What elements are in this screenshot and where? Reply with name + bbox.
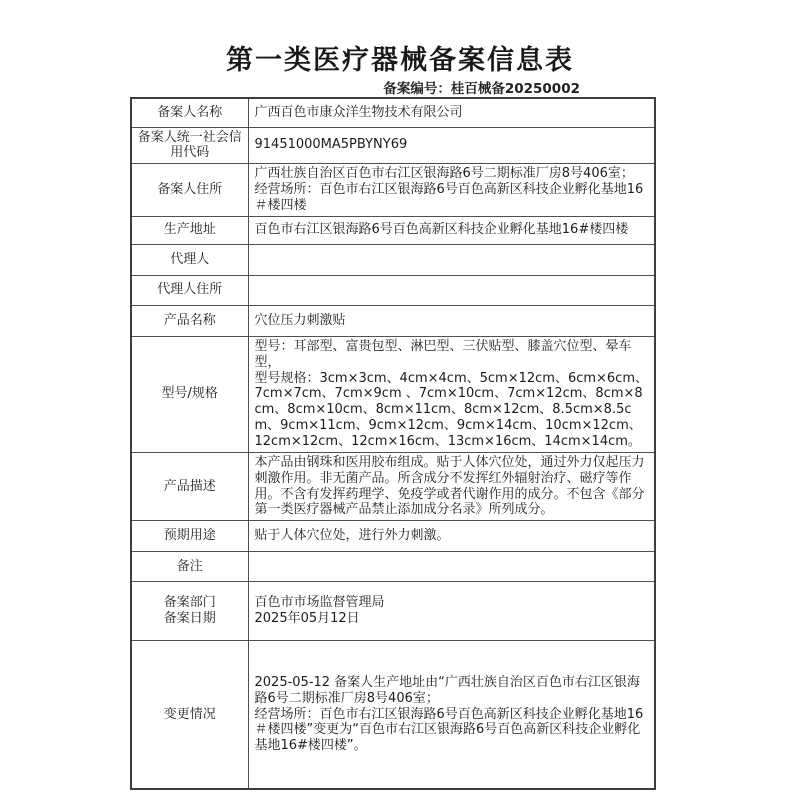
field-label: 预期用途 <box>131 521 248 552</box>
field-label: 备案人统一社会信用代码 <box>131 127 248 164</box>
table-row-applicant-address: 备案人住所 广西壮族自治区百色市右江区银海路6号二期标准厂房8号406室； 经营… <box>131 164 655 217</box>
table-row-intended-use: 预期用途 贴于人体穴位处，进行外力刺激。 <box>131 521 655 552</box>
field-value: 穴位压力刺激贴 <box>248 305 655 336</box>
table-row-remarks: 备注 <box>131 552 655 582</box>
field-value: 广西百色市康众洋生物技术有限公司 <box>248 98 655 127</box>
table-row-agent: 代理人 <box>131 244 655 275</box>
field-label: 变更情况 <box>131 641 248 789</box>
field-label: 代理人住所 <box>131 275 248 305</box>
table-row-production-address: 生产地址 百色市右江区银海路6号百色高新区科技企业孵化基地16#楼四楼 <box>131 216 655 244</box>
field-label: 备案人名称 <box>131 98 248 127</box>
field-label: 备案人住所 <box>131 164 248 217</box>
field-value: 本产品由钢珠和医用胶布组成。贴于人体穴位处，通过外力仅起压力刺激作用。非无菌产品… <box>248 452 655 520</box>
table-row-change-info: 变更情况 2025-05-12 备案人生产地址由“广西壮族自治区百色市右江区银海… <box>131 641 655 789</box>
field-value: 广西壮族自治区百色市右江区银海路6号二期标准厂房8号406室； 经营场所：百色市… <box>248 164 655 217</box>
table-row-agent-address: 代理人住所 <box>131 275 655 305</box>
field-label: 生产地址 <box>131 216 248 244</box>
field-value <box>248 552 655 582</box>
field-value: 百色市市场监督管理局 2025年05月12日 <box>248 582 655 641</box>
table-row-credit-code: 备案人统一社会信用代码 91451000MA5PBYNY69 <box>131 127 655 164</box>
field-value: 贴于人体穴位处，进行外力刺激。 <box>248 521 655 552</box>
field-label: 产品名称 <box>131 305 248 336</box>
table-row-product-name: 产品名称 穴位压力刺激贴 <box>131 305 655 336</box>
field-value <box>248 275 655 305</box>
table-row-applicant-name: 备案人名称 广西百色市康众洋生物技术有限公司 <box>131 98 655 127</box>
field-value: 2025-05-12 备案人生产地址由“广西壮族自治区百色市右江区银海路6号二期… <box>248 641 655 789</box>
field-value: 91451000MA5PBYNY69 <box>248 127 655 164</box>
field-label: 备注 <box>131 552 248 582</box>
table-row-model-spec: 型号/规格 型号：耳部型、富贵包型、淋巴型、三伏贴型、膝盖穴位型、晕车型， 型号… <box>131 336 655 452</box>
field-value: 百色市右江区银海路6号百色高新区科技企业孵化基地16#楼四楼 <box>248 216 655 244</box>
field-value <box>248 244 655 275</box>
field-label: 产品描述 <box>131 452 248 520</box>
page-title: 第一类医疗器械备案信息表 <box>0 38 800 77</box>
field-label: 备案部门 备案日期 <box>131 582 248 641</box>
record-number-value: 桂百械备20250002 <box>451 81 580 97</box>
field-value: 型号：耳部型、富贵包型、淋巴型、三伏贴型、膝盖穴位型、晕车型， 型号规格：3cm… <box>248 336 655 452</box>
document-page: 第一类医疗器械备案信息表 备案编号：桂百械备20250002 备案人名称 广西百… <box>0 0 800 800</box>
table-row-product-description: 产品描述 本产品由钢珠和医用胶布组成。贴于人体穴位处，通过外力仅起压力刺激作用。… <box>131 452 655 520</box>
table-row-registration-dept-date: 备案部门 备案日期 百色市市场监督管理局 2025年05月12日 <box>131 582 655 641</box>
field-label: 代理人 <box>131 244 248 275</box>
field-label: 型号/规格 <box>131 336 248 452</box>
record-number: 备案编号：桂百械备20250002 <box>0 77 580 97</box>
record-number-label: 备案编号： <box>383 81 451 97</box>
registration-info-table: 备案人名称 广西百色市康众洋生物技术有限公司 备案人统一社会信用代码 91451… <box>130 97 656 790</box>
